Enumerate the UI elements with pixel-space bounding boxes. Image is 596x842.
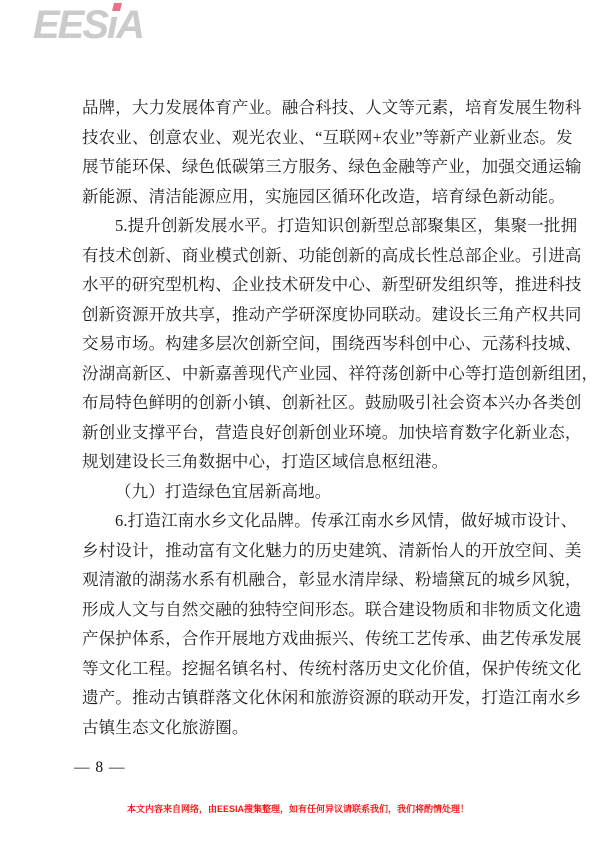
text-line: 产保护体系，合作开展地方戏曲振兴、传统工艺传承、曲艺传承发展 <box>82 624 524 654</box>
document-body: 品牌，大力发展体育产业。融合科技、人文等元素，培育发展生物科技农业、创意农业、观… <box>82 93 524 742</box>
page-number: — 8 — <box>74 758 126 778</box>
text-line: 规划建设长三角数据中心，打造区域信息枢纽港。 <box>82 447 524 477</box>
text-line: 水平的研究型机构、企业技术研发中心、新型研发组织等，推进科技 <box>82 270 524 300</box>
text-line: 新能源、清洁能源应用，实施园区循环化改造，培育绿色新动能。 <box>82 182 524 212</box>
text-line: 有技术创新、商业模式创新、功能创新的高成长性总部企业。引进高 <box>82 241 524 271</box>
text-line: 新创业支撑平台，营造良好创新创业环境。加快培育数字化新业态， <box>82 418 524 448</box>
text-line: （九）打造绿色宜居新高地。 <box>82 477 524 507</box>
text-line: 汾湖高新区、中新嘉善现代产业园、祥符荡创新中心等打造创新组团， <box>82 359 524 389</box>
text-line: 交易市场。构建多层次创新空间，围绕西岑科创中心、元荡科技城、 <box>82 329 524 359</box>
text-line: 创新资源开放共享，推动产学研深度协同联动。建设长三角产权共同 <box>82 300 524 330</box>
text-line: 5.提升创新发展水平。打造知识创新型总部聚集区，集聚一批拥 <box>82 211 524 241</box>
text-line: 形成人文与自然交融的独特空间形态。联合建设物质和非物质文化遗 <box>82 595 524 625</box>
text-line: 乡村设计，推动富有文化魅力的历史建筑、清新怡人的开放空间、美 <box>82 536 524 566</box>
text-line: 技农业、创意农业、观光农业、“互联网+农业”等新产业新业态。发 <box>82 123 524 153</box>
text-line: 古镇生态文化旅游圈。 <box>82 713 524 743</box>
footer-disclaimer: 本文内容来自网络，由EESIA搜集整理，如有任何异议请联系我们，我们将酌情处理！ <box>0 803 596 815</box>
text-line: 遗产。推动古镇群落文化休闲和旅游资源的联动开发，打造江南水乡 <box>82 683 524 713</box>
logo-letter-i: ı <box>107 4 116 46</box>
document-page: EESıA 品牌，大力发展体育产业。融合科技、人文等元素，培育发展生物科技农业、… <box>0 0 596 842</box>
text-line: 布局特色鲜明的创新小镇、创新社区。鼓励吸引社会资本兴办各类创 <box>82 388 524 418</box>
text-line: 6.打造江南水乡文化品牌。传承江南水乡风情，做好城市设计、 <box>82 506 524 536</box>
logo-text-prefix: EES <box>33 3 107 47</box>
text-line: 等文化工程。挖掘名镇名村、传统村落历史文化价值，保护传统文化 <box>82 654 524 684</box>
text-line: 观清澈的湖荡水系有机融合，彰显水清岸绿、粉墙黛瓦的城乡风貌， <box>82 565 524 595</box>
text-line: 展节能环保、绿色低碳第三方服务、绿色金融等产业，加强交通运输 <box>82 152 524 182</box>
eesia-logo: EESıA <box>33 4 143 46</box>
text-line: 品牌，大力发展体育产业。融合科技、人文等元素，培育发展生物科 <box>82 93 524 123</box>
